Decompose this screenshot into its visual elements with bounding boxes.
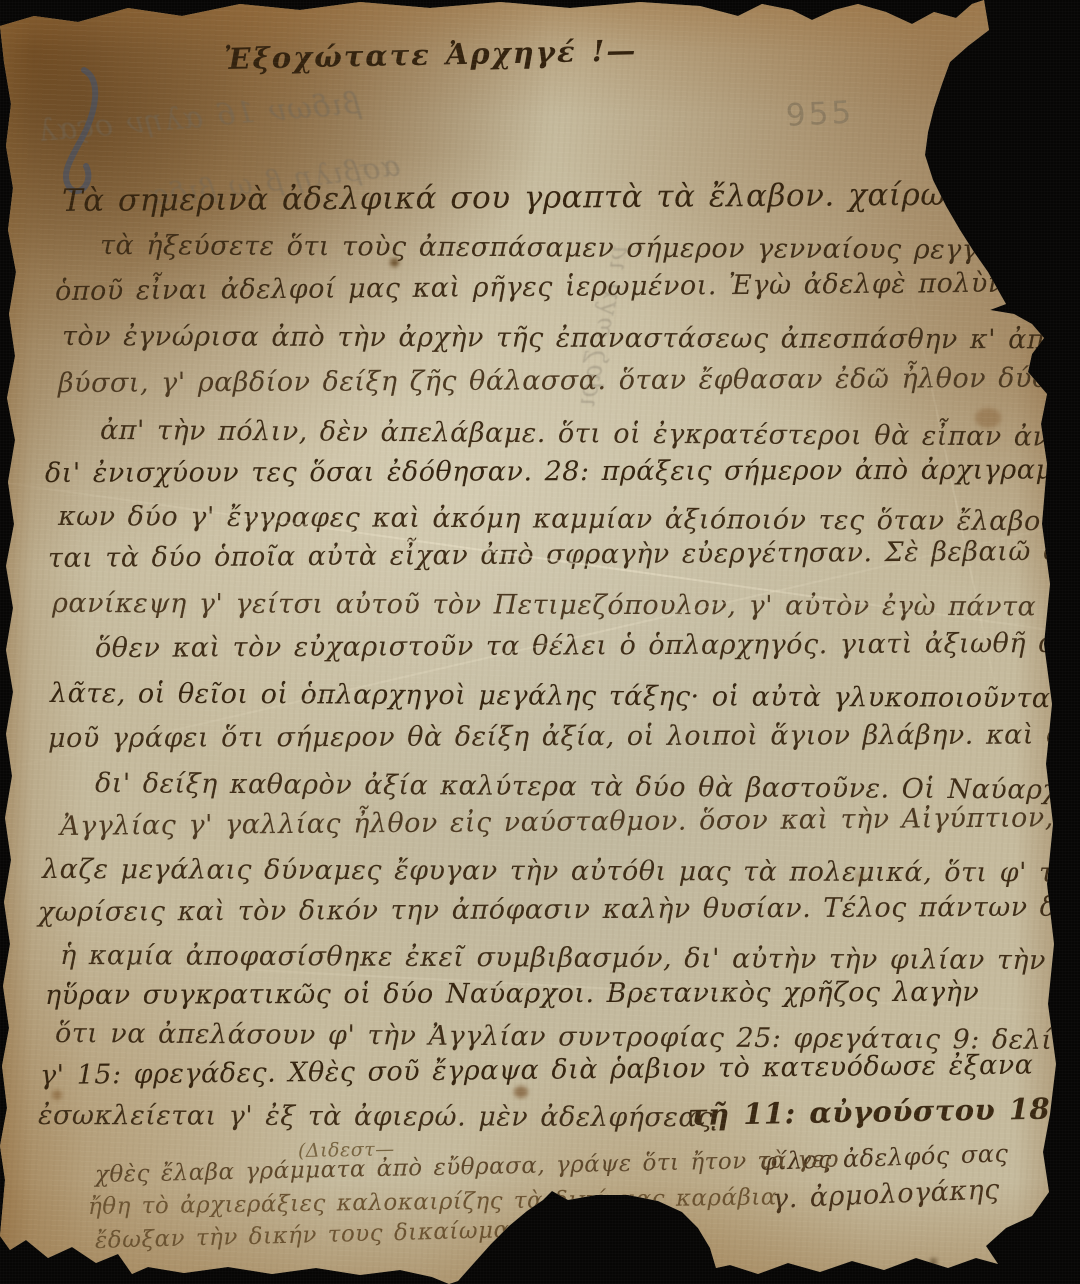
postscript-line: ἔδωξαν τὴν δικήν τους δικαίωμα bbox=[95, 1217, 510, 1254]
body-line: ἐσωκλείεται γ' ἐξ τὰ ἀφιερώ. μὲν ἀδελφήσ… bbox=[38, 1100, 713, 1133]
body-line: Τὰ σημερινὰ ἀδελφικά σου γραπτὰ τὰ ἔλαβο… bbox=[62, 176, 1000, 219]
body-line: ἡ καμία ἀποφασίσθηκε ἐκεῖ συμβιβασμόν, δ… bbox=[60, 940, 1046, 976]
body-line: ὁποῦ εἶναι ἀδελφοί μας καὶ ρῆγες ἱερωμέν… bbox=[55, 266, 1080, 307]
body-line: ται τὰ δύο ὁποῖα αὐτὰ εἶχαν ἀπὸ σφραγὴν … bbox=[48, 535, 1080, 574]
ink-stain bbox=[930, 1258, 937, 1265]
body-line: μοῦ γράφει ὅτι σήμερον θὰ δείξη ἀξία, οἱ… bbox=[48, 719, 1080, 754]
body-line: ηὕραν συγκρατικῶς οἱ δύο Ναύαρχοι. Βρετα… bbox=[45, 977, 979, 1011]
body-line: ἀπ' τὴν πόλιν, δὲν ἀπελάβαμε. ὅτι οἱ ἐγκ… bbox=[100, 415, 1080, 454]
body-line: λαζε μεγάλαις δύναμες ἔφυγαν τὴν αὐτόθι … bbox=[42, 854, 1080, 889]
body-line: τὸν ἐγνώρισα ἀπὸ τὴν ἀρχὴν τῆς ἐπαναστάσ… bbox=[62, 321, 1080, 356]
body-line: Ἀγγλίας γ' γαλλίας ἦλθον εἰς ναύσταθμον.… bbox=[60, 801, 1080, 842]
date-line: τῇ 11: αὐγούστου 1821: bbox=[688, 1091, 1080, 1132]
archive-number: 955 bbox=[785, 94, 855, 134]
body-line: δι' ἐνισχύουν τες ὅσαι ἐδόθησαν. 28: πρά… bbox=[45, 454, 1080, 489]
postscript-line: ἤθη τὸ ἀρχιεράξιες καλοκαιρίζης τὰ δικά … bbox=[88, 1184, 777, 1220]
postscript-line: χθὲς ἔλαβα γράμματα ἀπὸ εὔθρασα, γράψε ὅ… bbox=[95, 1146, 839, 1188]
photograph-scene: βιδων 16 αλην οςαλ ασβιλη β ω βιδα νι αλ… bbox=[0, 0, 1080, 1284]
ink-stain bbox=[514, 1086, 528, 1098]
ink-stain bbox=[52, 1090, 62, 1100]
body-line: ρανίκεψη γ' γείτσι αὐτοῦ τὸν Πετιμεζόπου… bbox=[52, 588, 1080, 623]
body-line: δι' δείξη καθαρὸν ἀξία καλύτερα τὰ δύο θ… bbox=[95, 768, 1080, 806]
letter-paper: βιδων 16 αλην οςαλ ασβιλη β ω βιδα νι αλ… bbox=[0, 0, 1080, 1284]
body-line: χωρίσεις καὶ τὸν δικόν την ἀπόφασιν καλὴ… bbox=[38, 891, 1080, 928]
signature-name: γ. ἀρμολογάκης bbox=[771, 1174, 1000, 1215]
body-line: γ' 15: φρεγάδες. Χθὲς σοῦ ἔγραψα διὰ ῥαβ… bbox=[40, 1050, 1034, 1091]
body-line: τὰ ἠξεύσετε ὅτι τοὺς ἀπεσπάσαμεν σήμερον… bbox=[100, 230, 1080, 267]
body-line: κων δύο γ' ἔγγραφες καὶ ἀκόμη καμμίαν ἀξ… bbox=[58, 501, 1080, 538]
salutation: Ἐξοχώτατε Ἀρχηγέ !— bbox=[224, 33, 638, 76]
body-line: ὅθεν καὶ τὸν εὐχαριστοῦν τα θέλει ὁ ὁπλα… bbox=[95, 627, 1080, 664]
body-line: βύσσι, γ' ραβδίον δείξη ζῆς θάλασσα. ὅτα… bbox=[58, 362, 1080, 399]
body-line: λᾶτε, οἱ θεῖοι οἱ ὁπλαρχηγοὶ μεγάλης τάξ… bbox=[50, 678, 1080, 715]
